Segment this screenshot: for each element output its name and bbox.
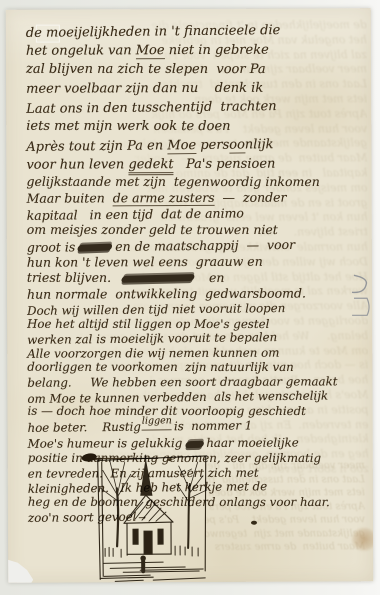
church-window — [133, 529, 138, 544]
letter-word-segment: Moe — [167, 138, 196, 154]
letter-word-segment: Pa's pensioen — [174, 157, 276, 172]
letter-word-segment: zal blijven na zich te slepen voor Pa — [26, 62, 266, 77]
letter-word-segment: Moe's humeur is gelukkig — [28, 436, 183, 451]
letter-word-segment: niet in gebreke — [165, 43, 269, 58]
letter-line: Alle voorzorgen die wij nemen kunnen om — [27, 345, 372, 361]
letter-line: doorliggen te voorkomen zijn natuurlijk … — [27, 360, 372, 375]
church-spire — [141, 461, 152, 495]
letter-line: het ongeluk van Moe niet in gebreke — [26, 40, 371, 61]
letter-line: hoe beter. Rustigliggenis nommer 1 — [27, 417, 372, 439]
letter-word-segment: hun normale ontwikkeling gedwarsboomd. — [27, 285, 306, 301]
letter-word-segment: gelijkstaande met zijn tegenwoordig inko… — [26, 174, 319, 189]
letter-line: gelijkstaande met zijn tegenwoordig inko… — [26, 174, 371, 190]
letter-line: Doch wij willen den tijd niet vooruit lo… — [27, 300, 372, 319]
ink-speck — [168, 458, 172, 461]
letter-word-segment: Après tout zijn Pa en — [26, 138, 167, 155]
bird-marks — [181, 469, 192, 472]
letter-word-segment: voor hun leven — [26, 157, 128, 172]
letter-word-segment: nlijk — [245, 137, 274, 152]
letter-word-segment: oo — [229, 137, 245, 153]
letter-word-segment: triest blijven. — [27, 270, 119, 285]
scribbled-out-word — [184, 441, 204, 449]
letter-word-segment: hun kon 't leven wel eens graauw en — [27, 254, 263, 270]
letter-word-segment: — zonder — [215, 190, 287, 205]
letter-word-segment: werken zal is moeielijk vooruit te bepal… — [27, 330, 277, 347]
letter-word-segment: liggen — [142, 414, 172, 430]
letter-word-segment: positie in — [28, 451, 87, 465]
letter-word-segment: Doch wij willen den tijd niet vooruit lo… — [27, 301, 285, 318]
bleedthrough-line: gelijkstaande met zijn tegenwoordig inko… — [205, 527, 365, 541]
letter-word-segment: gedekt — [128, 157, 173, 175]
letter-line: iets met mijn werk ook te doen — [26, 117, 371, 136]
letter-word-segment: haar moeielijke — [206, 436, 298, 450]
letter-word-segment: meer voelbaar zijn dan nu denk ik — [26, 81, 263, 97]
letter-line: triest blijven. en — [27, 270, 372, 286]
letter-line: voor hun leven gedekt Pa's pensioen — [26, 154, 371, 175]
letter-word-segment: pers — [196, 138, 229, 153]
letter-word-segment: groot is — [27, 239, 76, 255]
letter-word-segment: Moe — [136, 43, 165, 59]
letter-line: zal blijven na zich te slepen voor Pa — [26, 60, 371, 79]
letter-word-segment: Laat ons in den tusschentijd trachten — [26, 99, 277, 117]
letter-word-segment: hoe beter. Rustig — [27, 419, 141, 434]
church-roof — [124, 495, 173, 523]
tree-left — [117, 488, 118, 546]
letter-word-segment: Hoe het altijd stil liggen op Moe's gest… — [27, 316, 269, 330]
scribbled-out-word — [121, 274, 196, 283]
letter-word-segment: is nommer 1 — [174, 418, 252, 433]
letter-word-segment: iets met mijn werk ook te doen — [26, 119, 230, 134]
sketch-frame — [99, 456, 207, 460]
church-sketch — [95, 450, 214, 583]
letter-word-segment: Maar buiten — [27, 190, 113, 205]
ink-speck — [251, 521, 257, 525]
pencil-box-mark — [348, 295, 373, 319]
letter-word-segment: en de maatschappij — voor — [115, 237, 295, 254]
letter-page: de moeijelijkheden in 't financieele die… — [6, 8, 373, 583]
bleedthrough-line: Maar buiten de arme zusters — zonder — [205, 540, 365, 554]
letter-word-segment: de arme zusters — [113, 190, 215, 206]
letter-line: hun kon 't leven wel eens graauw en — [27, 253, 372, 271]
paper-stain — [346, 522, 373, 556]
letter-word-segment: kapitaal in een tijd dat de animo — [27, 205, 244, 222]
torn-corner — [6, 559, 34, 583]
letter-word-segment: doorliggen te voorkomen zijn natuurlijk … — [27, 360, 293, 374]
letter-word-segment: de moeijelijkheden in 't financieele die — [26, 23, 281, 41]
letter-line: Laat ons in den tusschentijd trachten — [26, 96, 371, 119]
church-window — [158, 529, 163, 544]
letter-word-segment: Alle voorzorgen die wij nemen kunnen om — [27, 345, 279, 360]
letter-word-segment: belang. We hebben een soort draagbaar ge… — [27, 374, 337, 389]
letter-word-segment: en — [197, 270, 224, 285]
scribbled-out-word — [77, 243, 113, 251]
letter-word-segment: om meisjes zonder geld te trouwen niet — [27, 222, 278, 237]
letter-word-segment: het ongeluk van — [26, 43, 136, 58]
letter-line: de moeijelijkheden in 't financieele die — [26, 20, 371, 43]
pencil-bracket-mark — [350, 273, 373, 295]
letter-line: Après tout zijn Pa en Moe persoonlijk — [26, 134, 371, 157]
church-door — [144, 531, 152, 554]
